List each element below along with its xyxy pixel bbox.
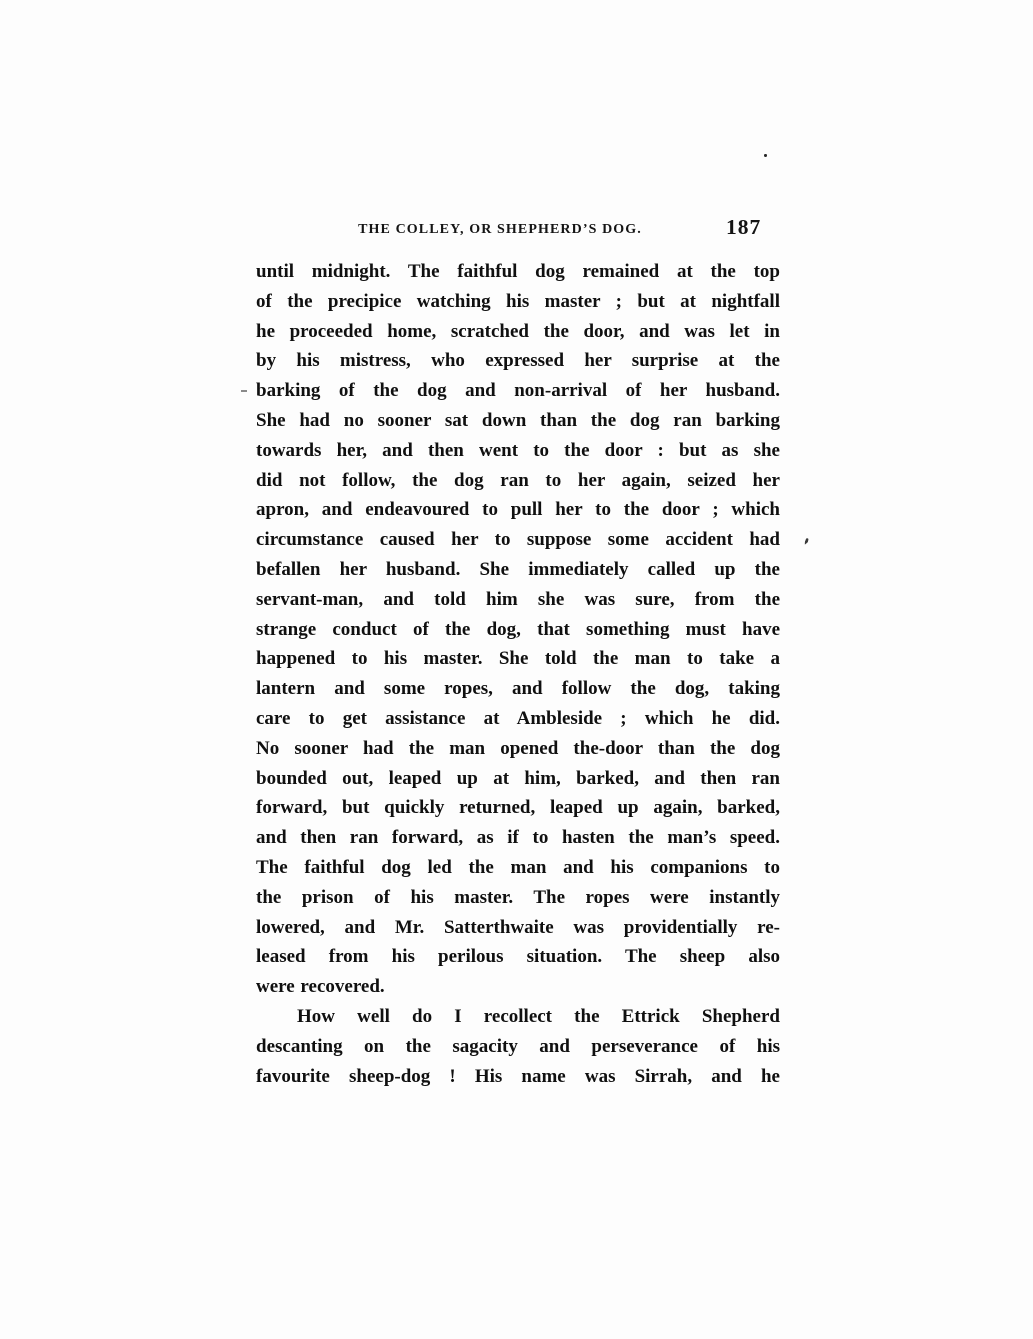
text-line-paragraph-start: How well do I recollect the Ettrick Shep… — [256, 1002, 780, 1032]
scan-speck-tick — [241, 390, 247, 392]
text-line: the prison of his master. The ropes were… — [256, 883, 780, 913]
text-line: strange conduct of the dog, that somethi… — [256, 615, 780, 645]
text-line: barking of the dog and non-arrival of he… — [256, 376, 780, 406]
text-line: leased from his perilous situation. The … — [256, 942, 780, 972]
text-line: care to get assistance at Ambleside ; wh… — [256, 704, 780, 734]
text-line: befallen her husband. She immediately ca… — [256, 555, 780, 585]
text-line: favourite sheep-dog ! His name was Sirra… — [256, 1062, 780, 1092]
scan-speck-comma — [804, 538, 809, 546]
text-line: The faithful dog led the man and his com… — [256, 853, 780, 883]
text-line: circumstance caused her to suppose some … — [256, 525, 780, 555]
running-head-title: THE COLLEY, OR SHEPHERD’S DOG. — [238, 222, 762, 238]
text-line: bounded out, leaped up at him, barked, a… — [256, 764, 780, 794]
text-line: towards her, and then went to the door :… — [256, 436, 780, 466]
text-line: until midnight. The faithful dog remaine… — [256, 257, 780, 287]
text-line: lantern and some ropes, and follow the d… — [256, 674, 780, 704]
text-line: forward, but quickly returned, leaped up… — [256, 793, 780, 823]
text-line: happened to his master. She told the man… — [256, 644, 780, 674]
text-line: of the precipice watching his master ; b… — [256, 287, 780, 317]
text-line: No sooner had the man opened the-door th… — [256, 734, 780, 764]
text-line: and then ran forward, as if to hasten th… — [256, 823, 780, 853]
text-line: servant-man, and told him she was sure, … — [256, 585, 780, 615]
text-line: lowered, and Mr. Satterthwaite was provi… — [256, 913, 780, 943]
body-text-block: until midnight. The faithful dog remaine… — [256, 257, 780, 1091]
text-line: by his mistress, who expressed her surpr… — [256, 346, 780, 376]
text-line: apron, and endeavoured to pull her to th… — [256, 495, 780, 525]
text-line: he proceeded home, scratched the door, a… — [256, 317, 780, 347]
scan-speck-dot — [764, 154, 767, 157]
text-line: She had no sooner sat down than the dog … — [256, 406, 780, 436]
scanned-book-page: THE COLLEY, OR SHEPHERD’S DOG. 187 until… — [0, 0, 1033, 1339]
text-line: descanting on the sagacity and persevera… — [256, 1032, 780, 1062]
text-line: did not follow, the dog ran to her again… — [256, 466, 780, 496]
text-line-paragraph-end: were recovered. — [256, 972, 780, 1002]
page-number: 187 — [726, 215, 780, 240]
